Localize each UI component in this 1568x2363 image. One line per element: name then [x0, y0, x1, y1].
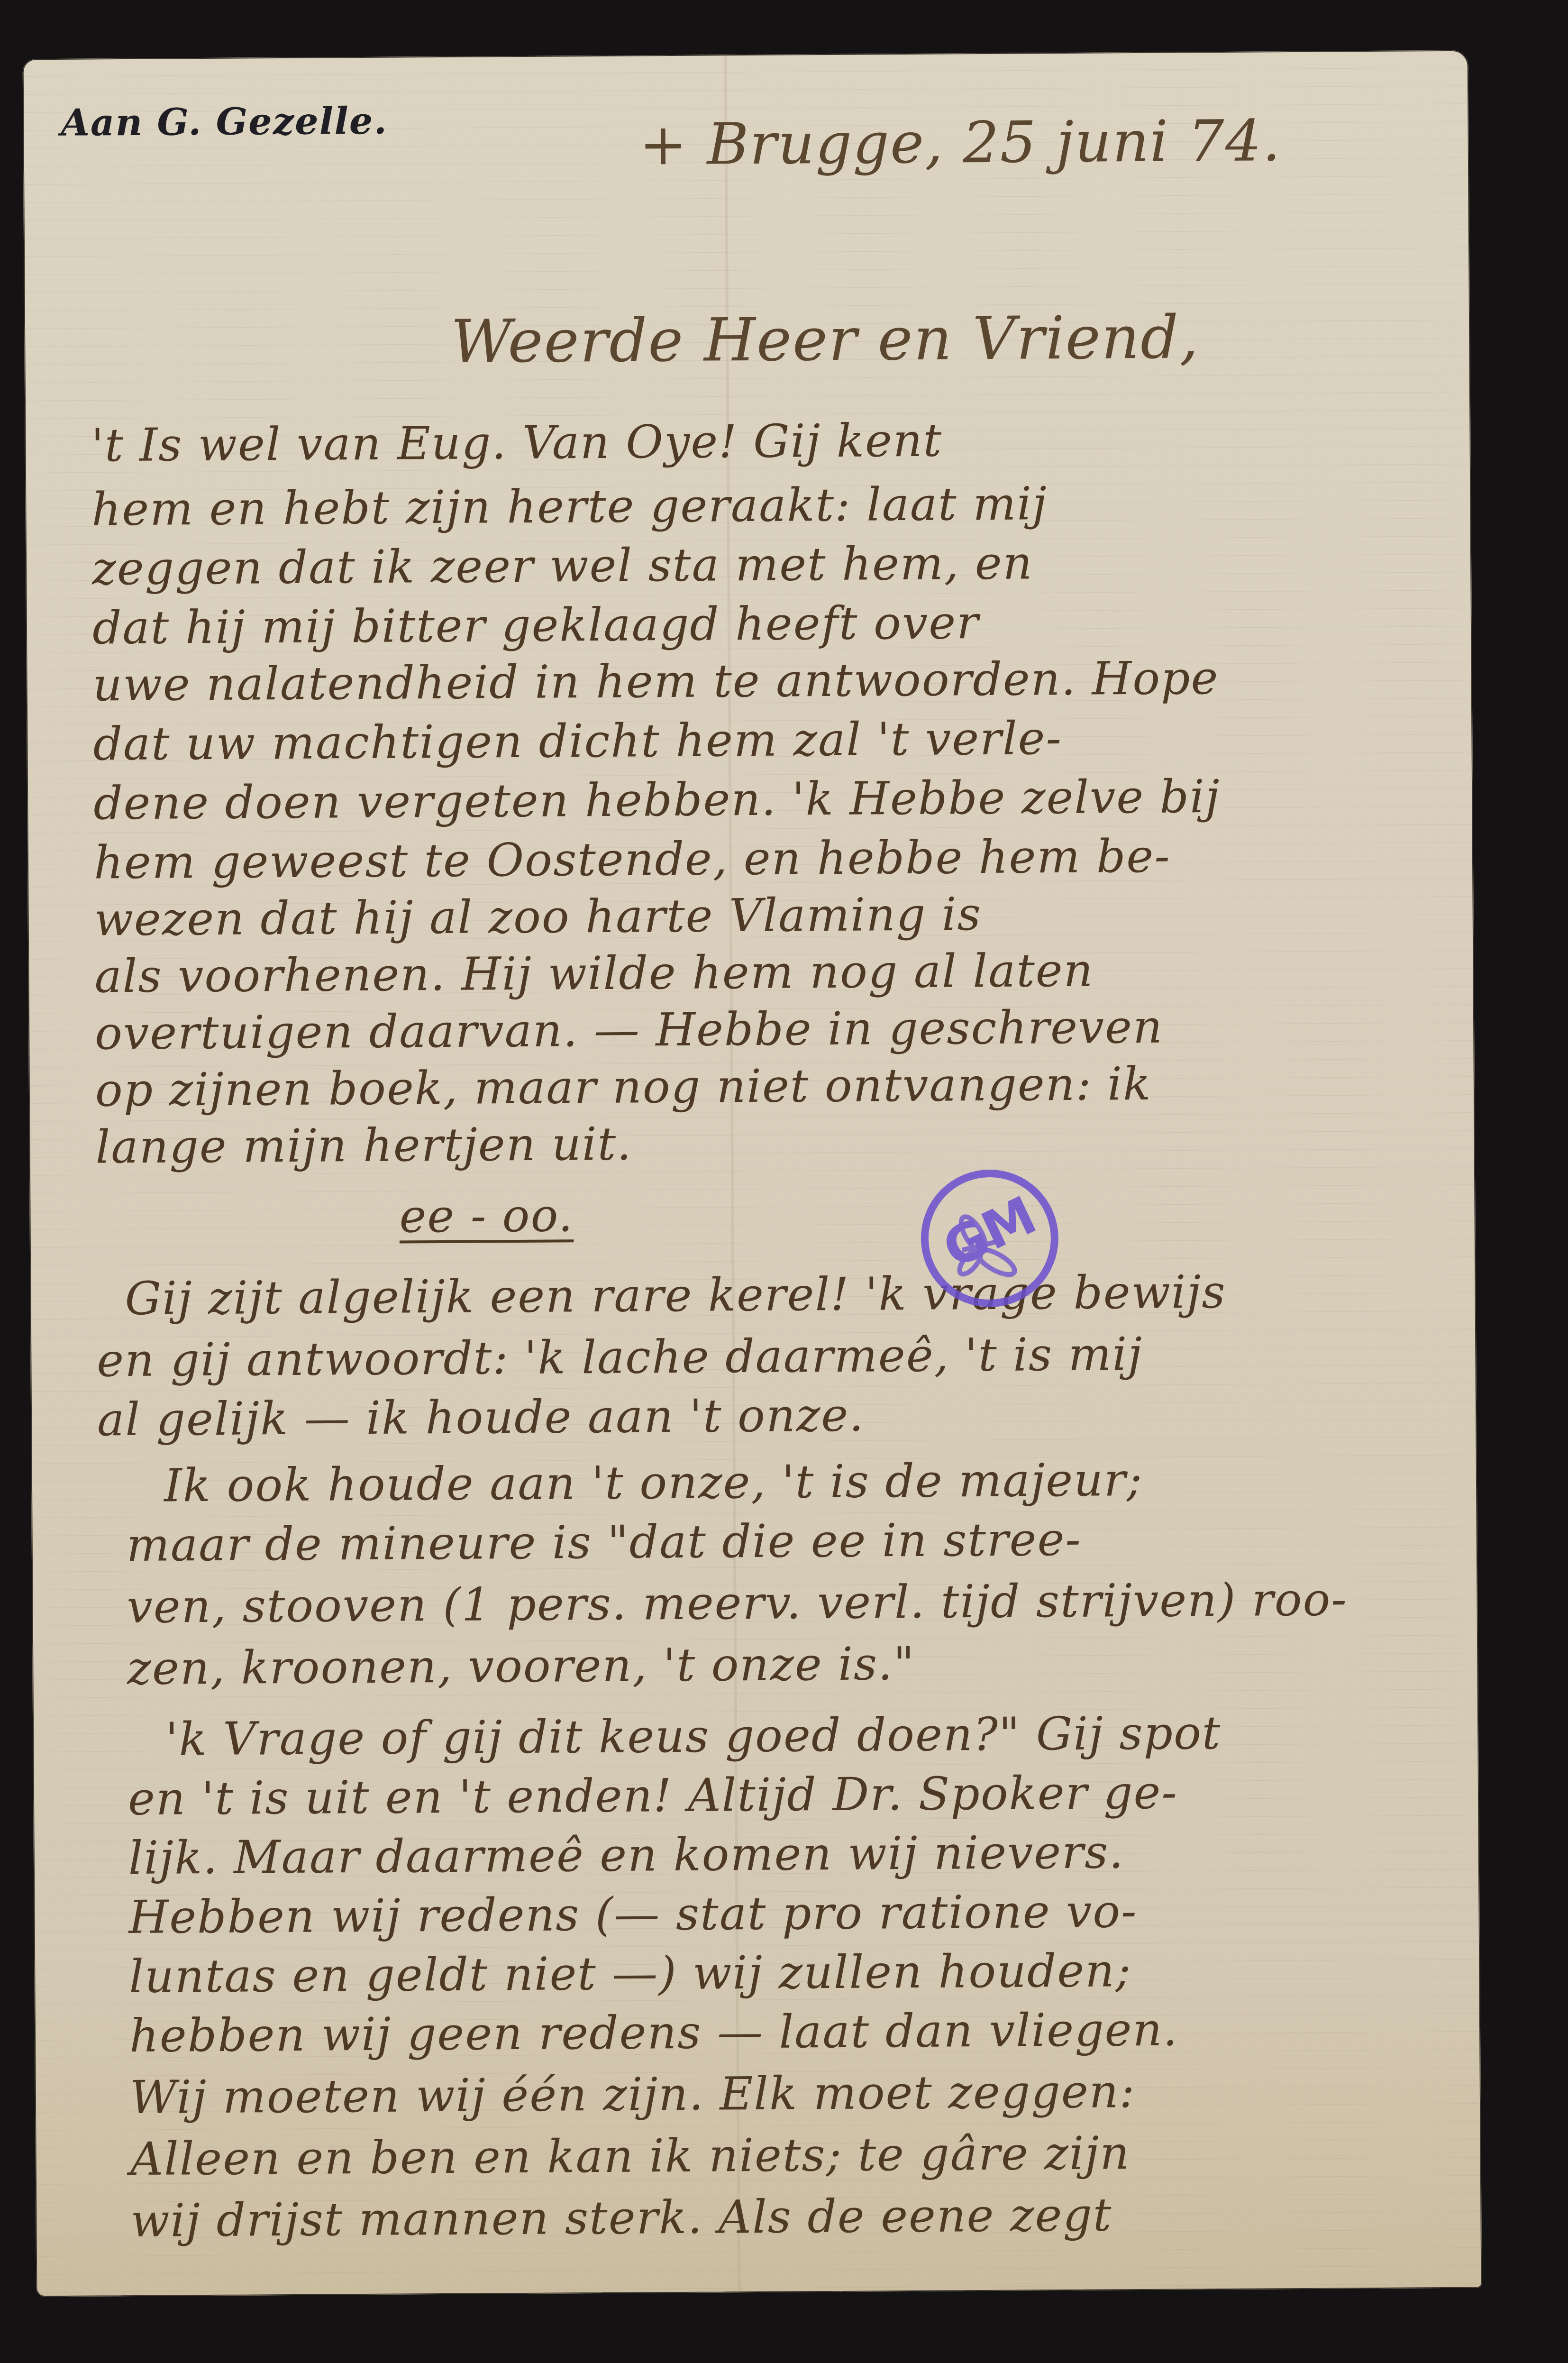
- letter-line: Hebben wij redens (— stat pro ratione vo…: [128, 1885, 1138, 1944]
- letter-line: uwe nalatendheid in hem te antwoorden. H…: [92, 651, 1219, 712]
- letter-line: maar de mineure is "dat die ee in stree-: [126, 1513, 1082, 1572]
- letter-line: dene doen vergeten hebben. 'k Hebbe zelv…: [93, 770, 1221, 830]
- letter-line-ee-oo: ee - oo.: [399, 1189, 574, 1243]
- letter-line: hem en hebt zijn herte geraakt: laat mij: [91, 477, 1048, 536]
- letter-line: hem geweest te Oostende, en hebbe hem be…: [94, 830, 1171, 889]
- letter-line: als voorhenen. Hij wilde hem nog al late…: [94, 944, 1094, 1003]
- letter-line: overtuigen daarvan. — Hebbe in geschreve…: [95, 1000, 1163, 1060]
- letter-line: lange mijn hertjen uit.: [95, 1117, 632, 1174]
- letter-line: Gij zijt algelijk een rare kerel! 'k vra…: [125, 1265, 1226, 1325]
- addressee-note: Aan G. Gezelle.: [61, 100, 388, 145]
- salutation: Weerde Heer en Vriend,: [451, 303, 1199, 376]
- letter-line: 't Is wel van Eug. Van Oye! Gij kent: [91, 414, 942, 472]
- letter-page: Aan G. Gezelle. + Brugge, 25 juni 74. We…: [23, 50, 1482, 2297]
- letter-line: op zijnen boek, maar nog niet ontvangen:…: [95, 1057, 1152, 1117]
- letter-line: lijk. Maar daarmeê en komen wij nievers.: [128, 1825, 1124, 1885]
- letter-line: en gij antwoordt: 'k lache daarmeê, 't i…: [97, 1328, 1143, 1387]
- letter-line: en 't is uit en 't enden! Altijd Dr. Spo…: [128, 1766, 1178, 1826]
- letter-line: wij drijst mannen sterk. Als de eene zeg…: [130, 2188, 1112, 2247]
- letter-line: ven, stooven (1 pers. meerv. verl. tijd …: [127, 1573, 1348, 1633]
- letter-line: Wij moeten wij één zijn. Elk moet zeggen…: [130, 2065, 1136, 2124]
- letter-line: 'k Vrage of gij dit keus goed doen?" Gij…: [165, 1706, 1222, 1766]
- letter-line: wezen dat hij al zoo harte Vlaming is: [94, 888, 982, 946]
- letter-line: Alleen en ben en kan ik niets; te gâre z…: [130, 2126, 1130, 2186]
- letter-line: zeggen dat ik zeer wel sta met hem, en: [92, 536, 1033, 595]
- letter-line: zen, kroonen, vooren, 't onze is.": [127, 1637, 915, 1695]
- letter-line: al gelijk — ik houde aan 't onze.: [97, 1389, 865, 1447]
- dateline: + Brugge, 25 juni 74.: [639, 108, 1281, 178]
- letter-line: dat hij mij bitter geklaagd heeft over: [92, 596, 980, 654]
- letter-line: Ik ook houde aan 't onze, 't is de majeu…: [164, 1453, 1143, 1512]
- collection-stamp: GM: [921, 1169, 1059, 1308]
- letter-line: dat uw machtigen dicht hem zal 't verle-: [93, 712, 1062, 770]
- letter-line: luntas en geldt niet —) wij zullen houde…: [129, 1944, 1132, 2003]
- letter-line: hebben wij geen redens — laat dan vliege…: [129, 2003, 1178, 2063]
